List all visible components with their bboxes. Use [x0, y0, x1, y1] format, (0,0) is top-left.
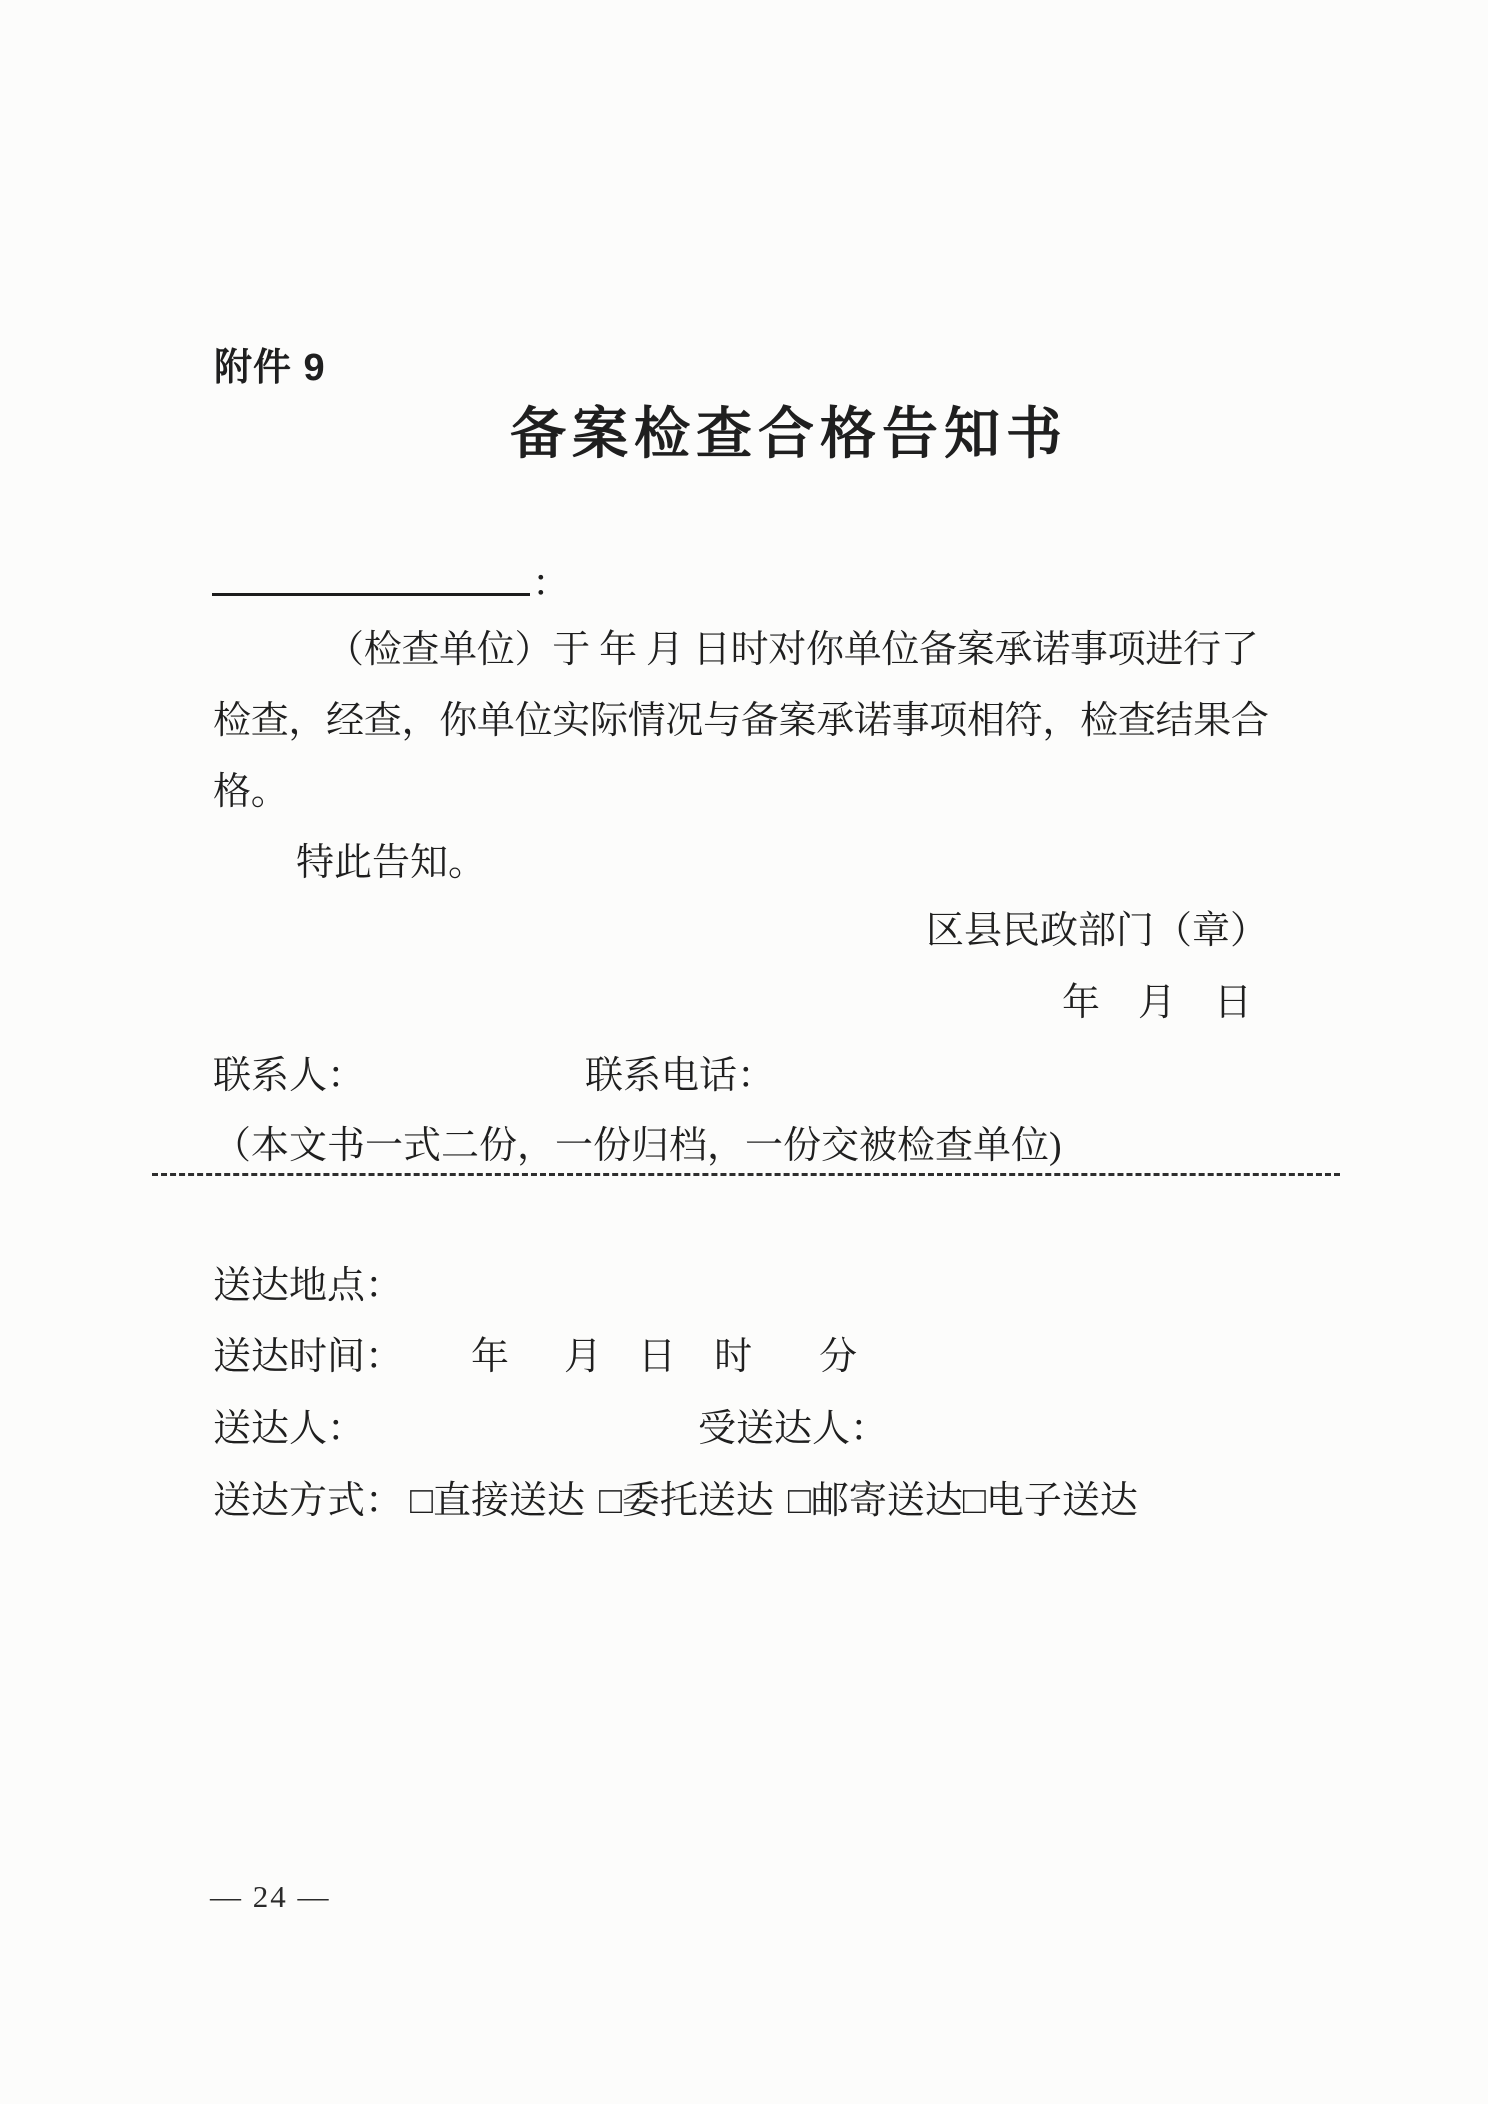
delivery-method-label: 送达方式： [213, 1480, 403, 1522]
delivery-time-row: 送达时间：年月日时分 [213, 1325, 857, 1380]
recipient-colon: ： [532, 552, 570, 607]
contact-phone-label: 联系电话： [585, 1044, 775, 1099]
delivery-method-option-direct: □直接送达 [410, 1480, 585, 1522]
delivery-method-row: 送达方式：□直接送达□委托送达□邮寄送达□电子送达 [213, 1469, 1138, 1524]
paragraph-line-2: 检查，经查，你单位实际情况与备案承诺事项相符，检查结果合 [213, 689, 1269, 744]
delivery-method-option-entrusted: □委托送达 [599, 1480, 774, 1522]
paragraph-line-1: （检查单位）于 年 月 日时对你单位备案承诺事项进行了 [213, 618, 1258, 673]
contact-person-label: 联系人： [213, 1044, 365, 1099]
delivery-time-label: 送达时间： [213, 1336, 403, 1378]
document-page: 附件 9 备案检查合格告知书 ： （检查单位）于 年 月 日时对你单位备案承诺事… [0, 0, 1488, 2104]
delivery-method-option-mail: □邮寄送达 [788, 1480, 963, 1522]
delivery-recipient-label: 受送达人： [698, 1397, 888, 1452]
document-title: 备案检查合格告知书 [510, 390, 1068, 470]
delivery-time-unit-day: 日 [638, 1336, 676, 1378]
signature-date-blanks: 年 月 日 [1062, 971, 1252, 1026]
attachment-label: 附件 9 [214, 336, 326, 391]
delivery-time-unit-month: 月 [564, 1336, 602, 1378]
paragraph-line-3: 格。 [213, 760, 288, 815]
dashed-separator-line [152, 1173, 1340, 1176]
copies-note: （本文书一式二份，一份归档，一份交被检查单位) [213, 1114, 1062, 1169]
delivery-location-label: 送达地点： [213, 1254, 403, 1309]
delivery-time-unit-year: 年 [471, 1336, 509, 1378]
recipient-blank-underline [212, 560, 530, 596]
deliverer-label: 送达人： [213, 1397, 365, 1452]
page-number: — 24 — [210, 1879, 331, 1915]
authority-signature-line: 区县民政部门（章） [926, 899, 1268, 954]
delivery-time-unit-hour: 时 [714, 1336, 752, 1378]
delivery-method-option-electronic: □电子送达 [963, 1480, 1138, 1522]
closing-statement: 特此告知。 [296, 831, 486, 886]
delivery-time-unit-minute: 分 [819, 1336, 857, 1378]
